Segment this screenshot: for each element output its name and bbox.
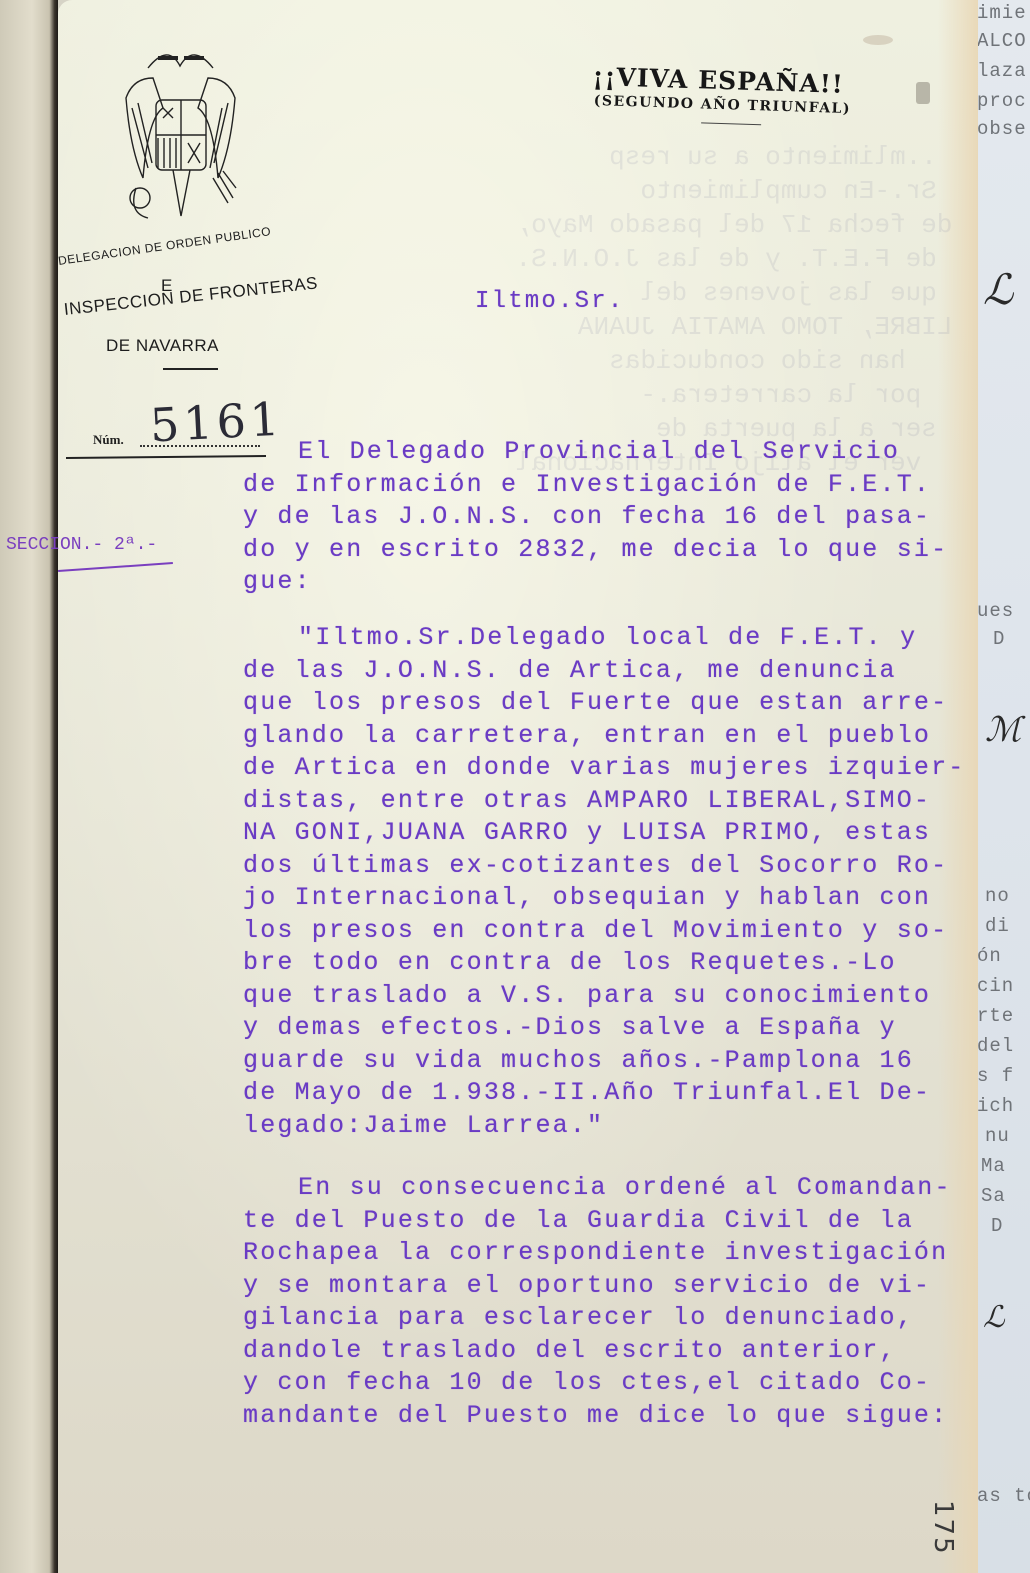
text-line: te del Puesto de la Guardia Civil de la (243, 1205, 983, 1238)
text-line: y se montara el oportuno servicio de vi- (243, 1270, 983, 1303)
text-line: de Información e Investigación de F.E.T. (243, 469, 983, 502)
text-line: legado:Jaime Larrea." (243, 1110, 983, 1143)
text-line: En su consecuencia ordené al Comandan- (243, 1172, 983, 1205)
paper-tear (863, 35, 893, 45)
letterhead-line-3: INSPECCION DE FRONTERAS (63, 273, 319, 320)
underlying-text-line: as to (977, 1485, 1030, 1507)
text-line: los presos en contra del Movimiento y so… (243, 915, 983, 948)
signature-mark: ℒ (983, 1300, 1005, 1335)
salutation: Iltmo.Sr. (475, 288, 624, 315)
binder-edge (0, 0, 58, 1573)
signature-mark: ℳ (985, 710, 1021, 750)
underlying-text-line: nu (985, 1125, 1010, 1147)
text-line: de Mayo de 1.938.-II.Año Triunfal.El De- (243, 1077, 983, 1110)
number-dotted-line (140, 445, 260, 447)
text-line: do y en escrito 2832, me decia lo que si… (243, 534, 983, 567)
motto-rule (701, 122, 761, 125)
letterhead-line-4: DE NAVARRA (106, 336, 219, 356)
underlying-text-line: obse (977, 118, 1027, 140)
text-line: jo Internacional, obsequian y hablan con (243, 882, 983, 915)
text-line: NA GONI,JUANA GARRO y LUISA PRIMO, estas (243, 817, 983, 850)
text-line: guarde su vida muchos años.-Pamplona 16 (243, 1045, 983, 1078)
underlying-text-line: laza (977, 60, 1027, 82)
paragraph-1: El Delegado Provincial del Servicio de I… (243, 436, 983, 599)
number-rule (66, 455, 266, 459)
text-line: "Iltmo.Sr.Delegado local de F.E.T. y (243, 622, 983, 655)
folio-number: 175 (928, 1500, 958, 1556)
text-line: bre todo en contra de los Requetes.-Lo (243, 947, 983, 980)
text-line: que traslado a V.S. para su conocimiento (243, 980, 983, 1013)
text-line: de Artica en donde varias mujeres izquie… (243, 752, 983, 785)
underlying-text-line: D (991, 1215, 1003, 1237)
text-line: dandole traslado del escrito anterior, (243, 1335, 983, 1368)
section-rule (58, 562, 173, 572)
text-line: gue: (243, 566, 983, 599)
letterhead-rule (163, 368, 218, 370)
text-line: El Delegado Provincial del Servicio (243, 436, 983, 469)
paragraph-3: En su consecuencia ordené al Comandan- t… (243, 1172, 983, 1432)
underlying-text-line: D (993, 628, 1005, 650)
underlying-text-line: Ma (981, 1155, 1006, 1177)
text-line: que los presos del Fuerte que estan arre… (243, 687, 983, 720)
number-label: Núm. (93, 432, 124, 448)
text-line: y de las J.O.N.S. con fecha 16 del pasa- (243, 501, 983, 534)
coat-of-arms-icon (118, 38, 243, 238)
underlying-page: imie ALCO laza proc obse ℒ ues D ℳ no di… (975, 0, 1030, 1573)
text-line: Rochapea la correspondiente investigació… (243, 1237, 983, 1270)
underlying-text-line: ALCO (977, 30, 1027, 52)
paragraph-2-quote: "Iltmo.Sr.Delegado local de F.E.T. y de … (243, 622, 983, 1142)
motto-block: ¡¡VIVA ESPAÑA!! (SEGUNDO AÑO TRIUNFAL) (591, 62, 852, 128)
text-line: y demas efectos.-Dios salve a España y (243, 1012, 983, 1045)
underlying-text-line: imie (977, 2, 1027, 24)
text-line: de las J.O.N.S. de Artica, me denuncia (243, 655, 983, 688)
underlying-text-line: Sa (981, 1185, 1006, 1207)
text-line: y con fecha 10 de los ctes,el citado Co- (243, 1367, 983, 1400)
text-line: dos últimas ex-cotizantes del Socorro Ro… (243, 850, 983, 883)
section-mark: SECCION.- 2ª.- (58, 535, 209, 555)
signature-mark: ℒ (983, 265, 1013, 314)
underlying-text-line: no (985, 885, 1010, 907)
underlying-text-line: proc (977, 90, 1027, 112)
text-line: glando la carretera, entran en el pueblo (243, 720, 983, 753)
underlying-text-line: di (985, 915, 1010, 937)
text-line: gilancia para esclarecer lo denunciado, (243, 1302, 983, 1335)
text-line: distas, entre otras AMPARO LIBERAL,SIMO- (243, 785, 983, 818)
text-line: mandante del Puesto me dice lo que sigue… (243, 1400, 983, 1433)
document-sheet: ..mlimiento a su resp Sr.-En cumplimient… (58, 0, 978, 1573)
underlying-text-line: ues (977, 600, 1014, 622)
stamp-mark (916, 82, 930, 104)
